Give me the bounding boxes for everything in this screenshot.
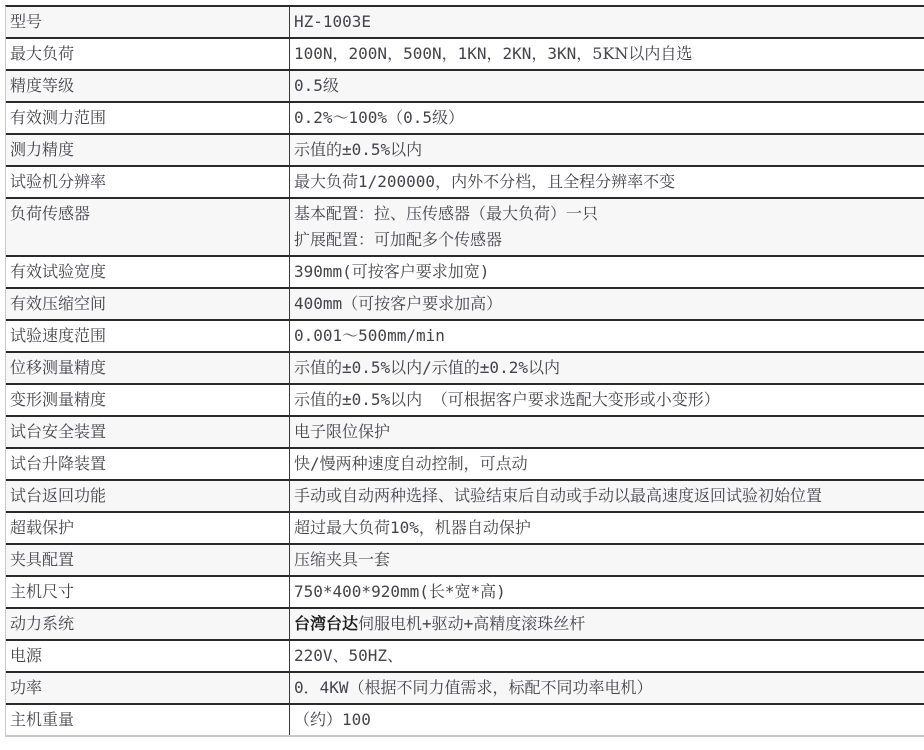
spec-table: 型号 HZ-1003E 最大负荷 100N，200N，500N，1KN，2KN，…	[5, 5, 924, 737]
row-label: 变形测量精度	[6, 385, 290, 415]
row-value: 390mm(可按客户要求加宽)	[290, 257, 924, 287]
row-label: 电源	[6, 641, 290, 671]
row-value: 220V、50HZ、	[290, 641, 924, 671]
value-text: 快/慢两种速度自动控制，可点动	[294, 454, 528, 473]
table-row-machine-weight: 主机重量 （约）100	[6, 705, 924, 737]
row-value: 台湾台达伺服电机+驱动+高精度滚珠丝杆	[290, 609, 924, 639]
value-text-brand: 台湾台达	[294, 614, 358, 633]
row-value: （约）100	[290, 705, 924, 735]
value-text: 电子限位保护	[294, 422, 390, 441]
value-text: 0.5级	[294, 76, 339, 95]
row-label: 有效压缩空间	[6, 289, 290, 319]
row-label: 有效测力范围	[6, 103, 290, 133]
table-row-load-sensor: 负荷传感器 基本配置：拉、压传感器（最大负荷）一只 扩展配置：可加配多个传感器	[6, 199, 924, 257]
table-row-overload-protection: 超载保护 超过最大负荷10%，机器自动保护	[6, 513, 924, 545]
table-row-model: 型号 HZ-1003E	[6, 7, 924, 39]
value-text: 0.001～500mm/min	[294, 326, 445, 345]
value-text: 400mm（可按客户要求加高）	[294, 294, 502, 313]
row-value: 100N，200N，500N，1KN，2KN，3KN，5KN以内自选	[290, 39, 924, 69]
table-row-compression-space: 有效压缩空间 400mm（可按客户要求加高）	[6, 289, 924, 321]
value-line-2: 扩展配置：可加配多个传感器	[294, 227, 922, 253]
table-row-lift-device: 试台升降装置 快/慢两种速度自动控制，可点动	[6, 449, 924, 481]
value-text: 示值的±0.5%以内	[294, 140, 422, 159]
table-row-test-width: 有效试验宽度 390mm(可按客户要求加宽)	[6, 257, 924, 289]
value-text: 0.2%～100%（0.5级）	[294, 108, 464, 127]
table-row-accuracy-class: 精度等级 0.5级	[6, 71, 924, 103]
row-label: 位移测量精度	[6, 353, 290, 383]
value-text: 390mm(可按客户要求加宽)	[294, 262, 489, 281]
row-label: 最大负荷	[6, 39, 290, 69]
value-text: 超过最大负荷10%，机器自动保护	[294, 518, 531, 537]
row-value: 压缩夹具一套	[290, 545, 924, 575]
row-value: 0.5级	[290, 71, 924, 101]
row-label: 试验机分辨率	[6, 167, 290, 197]
row-value: 400mm（可按客户要求加高）	[290, 289, 924, 319]
value-text: 压缩夹具一套	[294, 550, 390, 569]
value-text: 750*400*920mm(长*宽*高)	[294, 582, 506, 601]
row-value: 示值的±0.5%以内	[290, 135, 924, 165]
row-value: HZ-1003E	[290, 7, 924, 37]
table-row-force-precision: 测力精度 示值的±0.5%以内	[6, 135, 924, 167]
value-text: 最大负荷1/200000，内外不分档，且全程分辨率不变	[294, 172, 675, 191]
value-line-1: 基本配置：拉、压传感器（最大负荷）一只	[294, 201, 922, 227]
row-value: 示值的±0.5%以内/示值的±0.2%以内	[290, 353, 924, 383]
table-row-resolution: 试验机分辨率 最大负荷1/200000，内外不分档，且全程分辨率不变	[6, 167, 924, 199]
row-value: 快/慢两种速度自动控制，可点动	[290, 449, 924, 479]
table-row-power-supply: 电源 220V、50HZ、	[6, 641, 924, 673]
row-label: 型号	[6, 7, 290, 37]
table-row-displacement-precision: 位移测量精度 示值的±0.5%以内/示值的±0.2%以内	[6, 353, 924, 385]
row-value: 超过最大负荷10%，机器自动保护	[290, 513, 924, 543]
row-label: 夹具配置	[6, 545, 290, 575]
value-text: 100N，200N，500N，1KN，2KN，3KN，	[294, 44, 592, 63]
value-text: 示值的±0.5%以内/示值的±0.2%以内	[294, 358, 560, 377]
table-row-deformation-precision: 变形测量精度 示值的±0.5%以内 （可根据客户要求选配大变形或小变形）	[6, 385, 924, 417]
value-text: （约）100	[294, 710, 371, 729]
row-label: 动力系统	[6, 609, 290, 639]
row-label: 精度等级	[6, 71, 290, 101]
row-value: 手动或自动两种选择、试验结束后自动或手动以最高速度返回试验初始位置	[290, 481, 924, 511]
table-row-return-function: 试台返回功能 手动或自动两种选择、试验结束后自动或手动以最高速度返回试验初始位置	[6, 481, 924, 513]
value-text: 伺服电机+驱动+高精度滚珠丝杆	[358, 614, 585, 633]
row-value: 750*400*920mm(长*宽*高)	[290, 577, 924, 607]
row-value: 0．4KW（根据不同力值需求，标配不同功率电机）	[290, 673, 924, 703]
table-row-max-load: 最大负荷 100N，200N，500N，1KN，2KN，3KN，5KN以内自选	[6, 39, 924, 71]
table-row-speed-range: 试验速度范围 0.001～500mm/min	[6, 321, 924, 353]
value-text: 示值的±0.5%以内 （可根据客户要求选配大变形或小变形）	[294, 390, 720, 409]
row-label: 试台安全装置	[6, 417, 290, 447]
value-text-alt: 5KN以内自选	[592, 44, 692, 63]
row-value: 电子限位保护	[290, 417, 924, 447]
table-row-machine-size: 主机尺寸 750*400*920mm(长*宽*高)	[6, 577, 924, 609]
row-value: 示值的±0.5%以内 （可根据客户要求选配大变形或小变形）	[290, 385, 924, 415]
row-value: 最大负荷1/200000，内外不分档，且全程分辨率不变	[290, 167, 924, 197]
row-label: 主机重量	[6, 705, 290, 735]
table-row-power-rating: 功率 0．4KW（根据不同力值需求，标配不同功率电机）	[6, 673, 924, 705]
value-text: 0．4KW（根据不同力值需求，标配不同功率电机）	[294, 678, 653, 697]
row-label: 试台升降装置	[6, 449, 290, 479]
table-row-power-system: 动力系统 台湾台达伺服电机+驱动+高精度滚珠丝杆	[6, 609, 924, 641]
table-row-force-range: 有效测力范围 0.2%～100%（0.5级）	[6, 103, 924, 135]
row-label: 试台返回功能	[6, 481, 290, 511]
row-label: 功率	[6, 673, 290, 703]
row-label: 负荷传感器	[6, 199, 290, 255]
value-text: HZ-1003E	[294, 12, 371, 31]
row-label: 主机尺寸	[6, 577, 290, 607]
value-text: 220V、50HZ、	[294, 646, 403, 665]
row-value: 0.001～500mm/min	[290, 321, 924, 351]
table-row-safety-device: 试台安全装置 电子限位保护	[6, 417, 924, 449]
row-value: 0.2%～100%（0.5级）	[290, 103, 924, 133]
row-value: 基本配置：拉、压传感器（最大负荷）一只 扩展配置：可加配多个传感器	[290, 199, 924, 255]
row-label: 测力精度	[6, 135, 290, 165]
table-row-fixture-config: 夹具配置 压缩夹具一套	[6, 545, 924, 577]
row-label: 有效试验宽度	[6, 257, 290, 287]
value-text: 手动或自动两种选择、试验结束后自动或手动以最高速度返回试验初始位置	[294, 486, 822, 505]
row-label: 试验速度范围	[6, 321, 290, 351]
row-label: 超载保护	[6, 513, 290, 543]
